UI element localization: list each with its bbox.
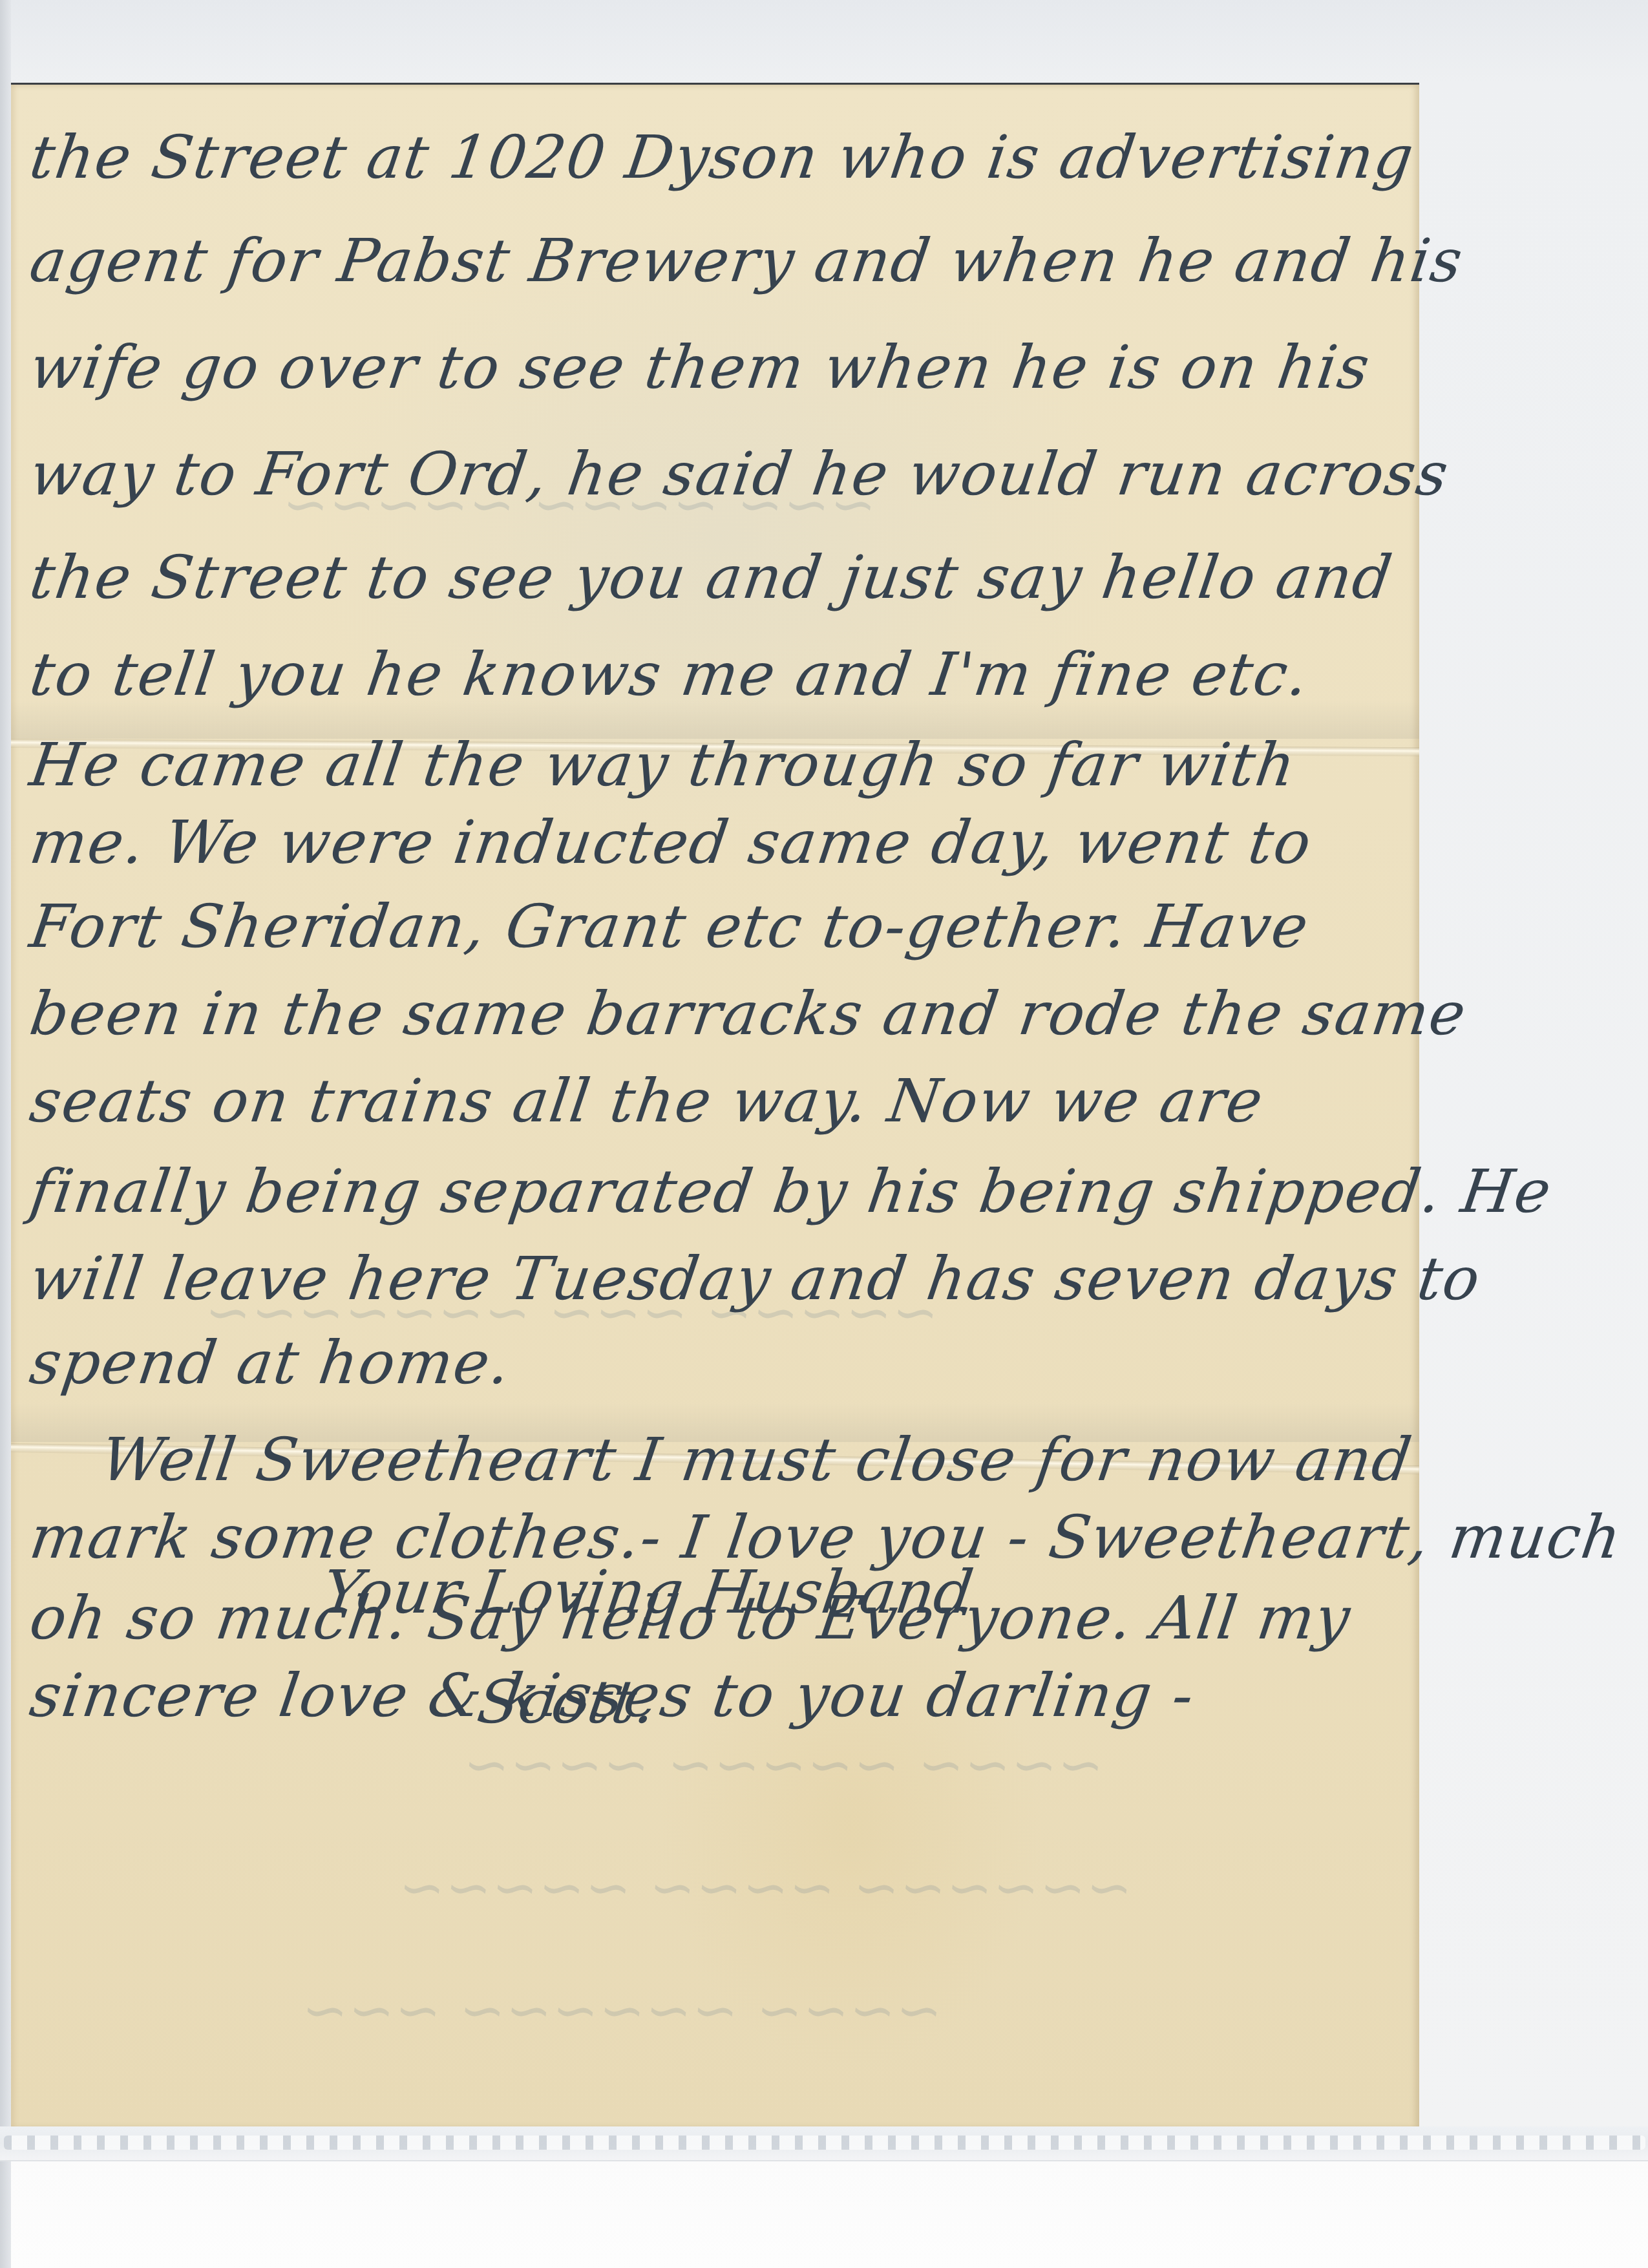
letter-line: wife go over to see them when he is on h… [26,333,1375,402]
letter-line: will leave here Tuesday and has seven da… [26,1244,1485,1313]
letter-line: been in the same barracks and rode the s… [26,979,1471,1048]
bleed-through-text: ~~~~ ~~~~~ ~~~~ [459,1733,1108,1797]
letter-line: the Street to see you and just say hello… [26,543,1397,612]
letter-line: Well Sweetheart I must close for now and [97,1425,1417,1494]
letter-closing: Your Loving Husband [318,1558,977,1627]
letter-line: finally being separated by his being shi… [26,1157,1556,1226]
bleed-through-text: ~~~~~~ ~~~~ ~~~~~ [394,1856,1137,1920]
letter-line: Fort Sheridan, Grant etc to-gether. Have [26,892,1313,961]
letter-line: me. We were inducted same day, went to [26,808,1316,877]
bleed-through-text: ~~~~ ~~~~~~ ~~~ [297,1978,947,2043]
letter-line: the Street at 1020 Dyson who is advertis… [26,123,1419,192]
letter-line: spend at home. [26,1328,516,1397]
letter-line: He came all the way through so far with [26,730,1301,800]
scanner-edge-shadow [0,0,11,2268]
letter-line: way to Fort Ord, he said he would run ac… [26,440,1453,509]
plastic-sleeve-strip [0,2126,1648,2161]
sleeve-perforations [4,2136,1645,2150]
letter-line: seats on trains all the way. Now we are [26,1066,1268,1136]
signature: Scott. [473,1668,659,1737]
letter-line: agent for Pabst Brewery and when he and … [26,226,1468,295]
letter-line: to tell you he knows me and I'm fine etc… [26,640,1313,709]
